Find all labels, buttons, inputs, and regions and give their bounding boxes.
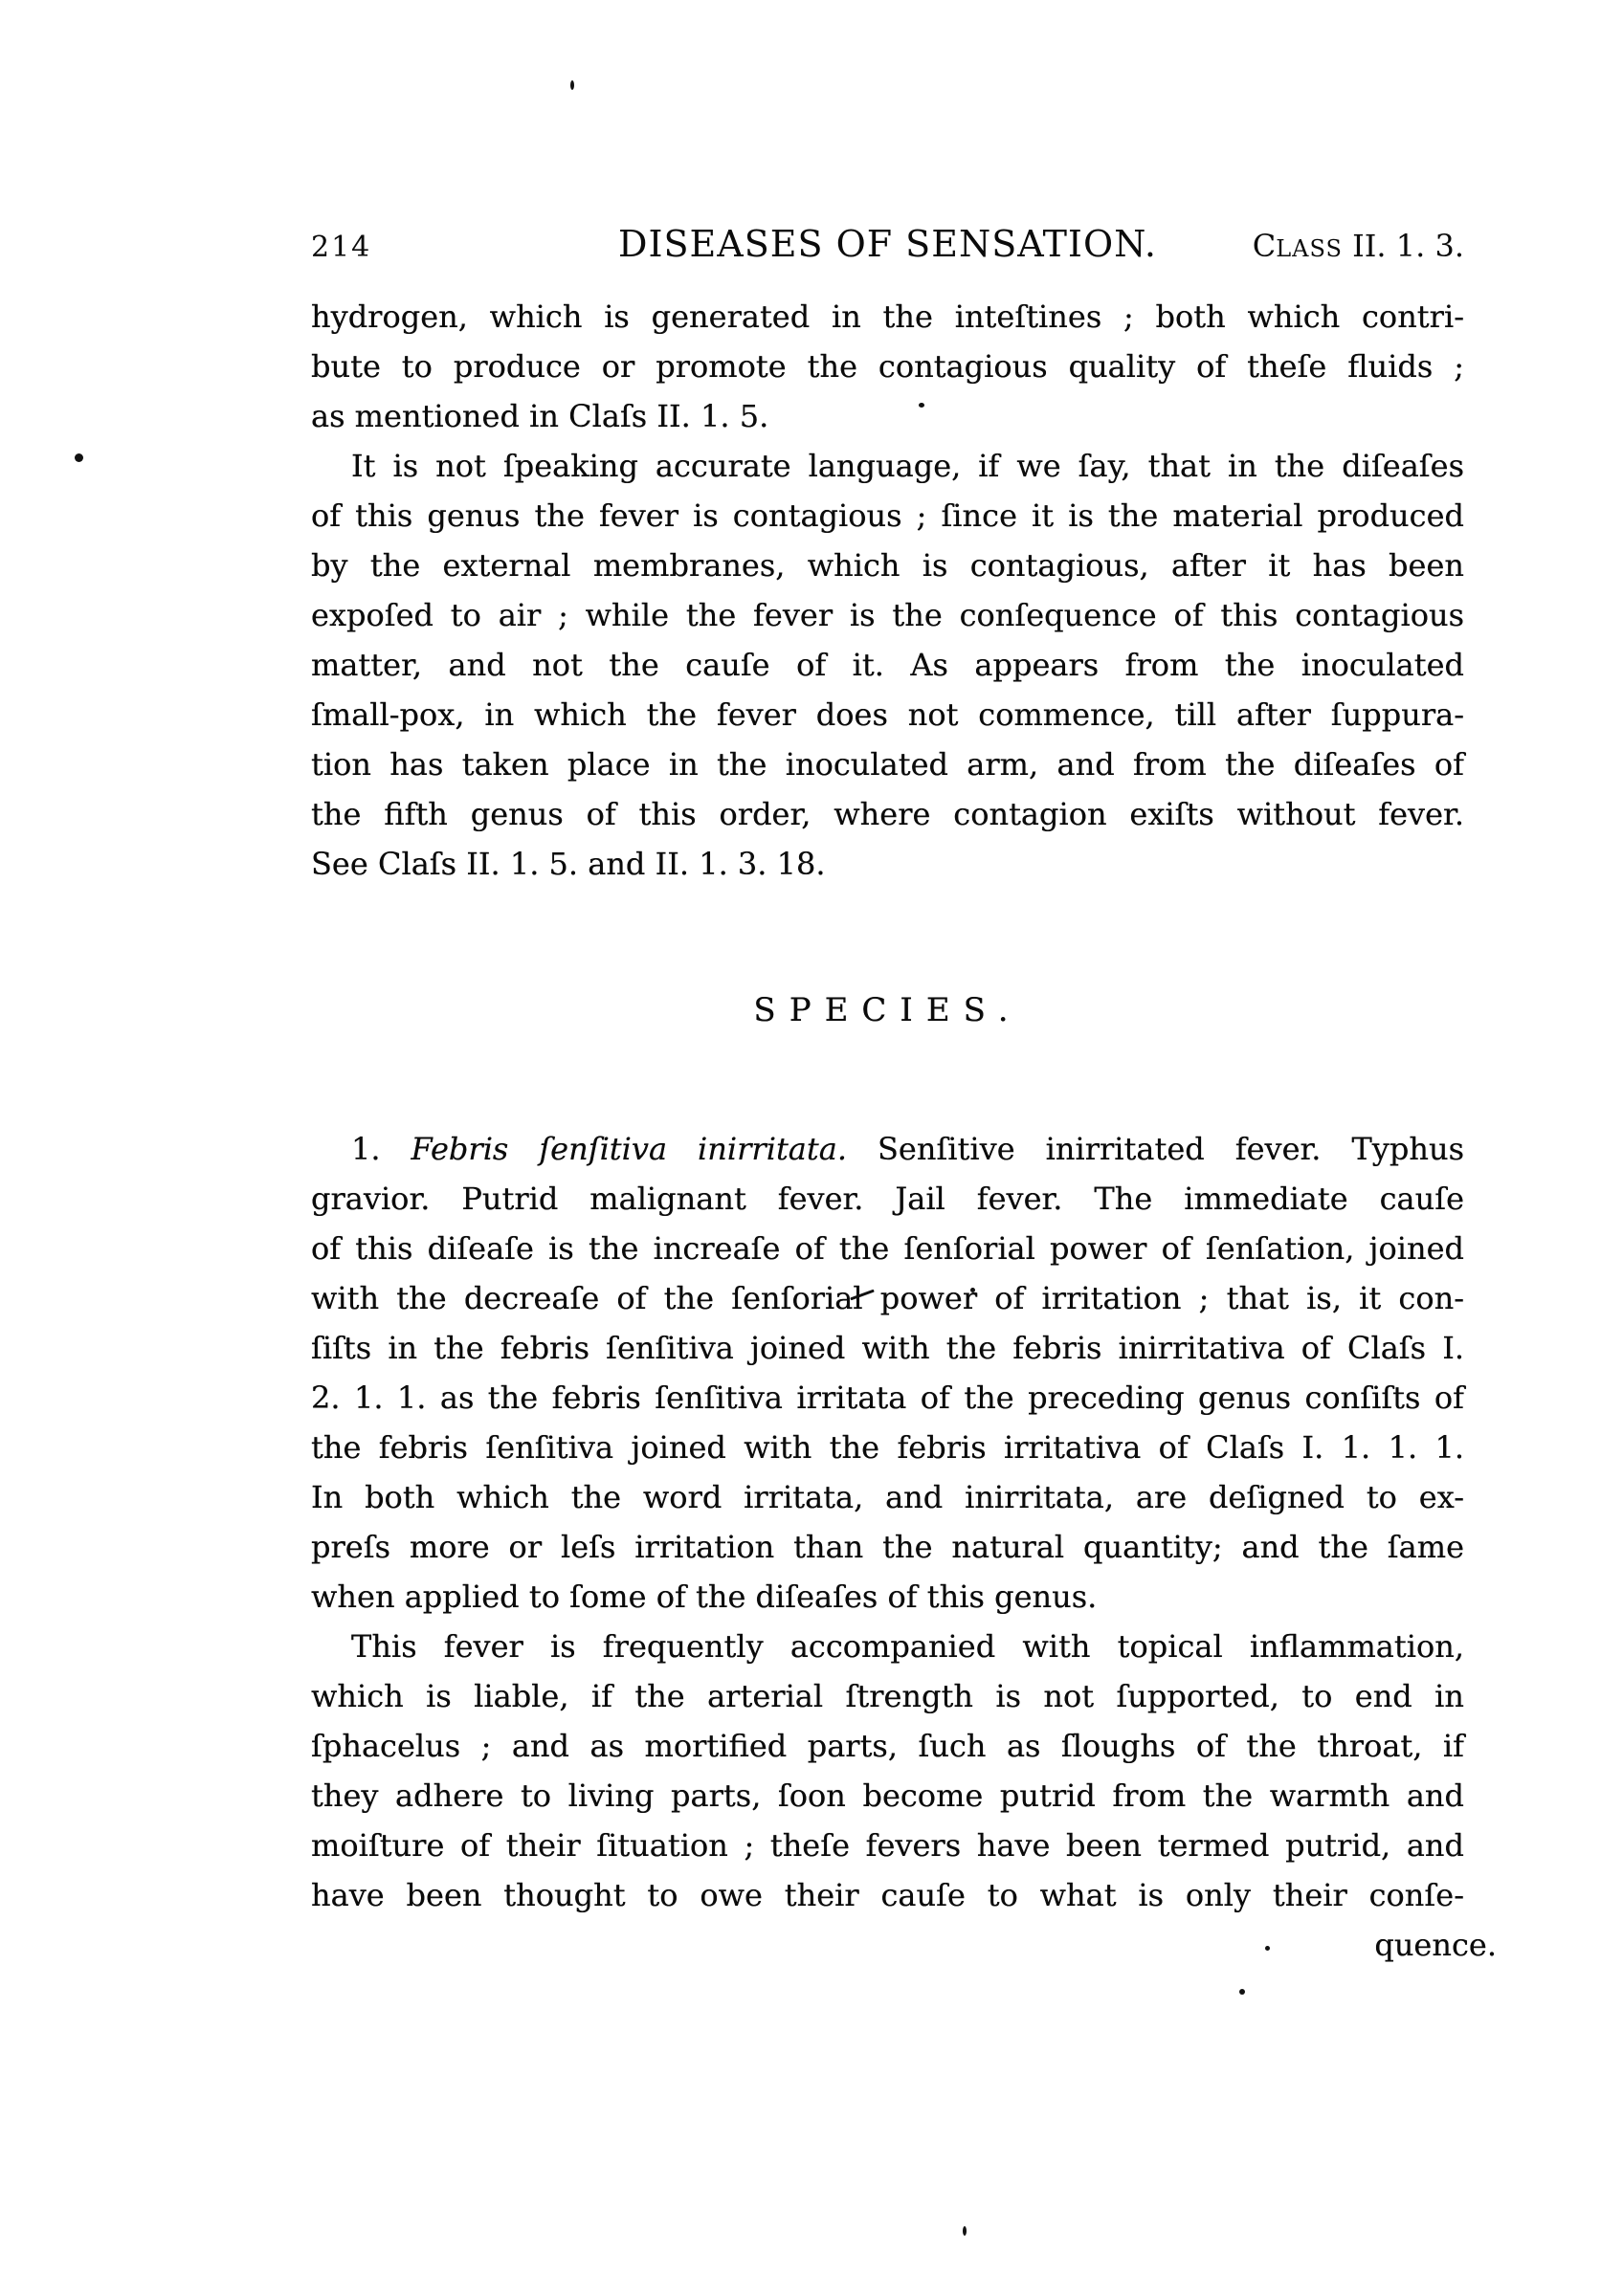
text-line: expoſed to air ; while the fever is the … xyxy=(311,590,1464,640)
text-segment: by the external membranes, which is cont… xyxy=(311,547,1464,584)
text-line: It is not ſpeaking accurate language, if… xyxy=(311,441,1464,491)
text-line: tion has taken place in the inoculated a… xyxy=(311,740,1464,789)
scan-speck xyxy=(970,1288,975,1292)
text-segment: 1. xyxy=(351,1131,411,1167)
scan-speck xyxy=(963,2226,967,2236)
text-segment: ſmall-pox, in which the fever does not c… xyxy=(311,696,1464,733)
scan-speck xyxy=(1265,1946,1270,1951)
text-segment: This fever is frequently accompanied wit… xyxy=(351,1628,1464,1665)
class-label-initial: C xyxy=(1253,228,1276,264)
class-label-rest: II. 1. 3. xyxy=(1343,228,1464,264)
text-line: ſiſts in the febris ſenſitiva joined wit… xyxy=(311,1323,1464,1373)
text-line: 1. Febris ſenſitiva inirritata. Senſitiv… xyxy=(311,1124,1464,1174)
text-segment: moiſture of their ſituation ; theſe feve… xyxy=(311,1827,1464,1864)
text-segment: the febris ſenſitiva joined with the feb… xyxy=(311,1429,1464,1466)
text-segment: ſphacelus ; and as mortified parts, ſuch… xyxy=(311,1728,1464,1764)
text-segment: of this diſeaſe is the increaſe of the ſ… xyxy=(311,1230,1464,1267)
text-line: matter, and not the cauſe of it. As appe… xyxy=(311,640,1464,690)
paragraph: 1. Febris ſenſitiva inirritata. Senſitiv… xyxy=(311,1124,1464,1622)
text-segment: which is liable, if the arterial ſtrengt… xyxy=(311,1678,1464,1714)
text-segment: Senſitive inirritated fever. Typhus xyxy=(847,1131,1464,1167)
book-page: 214 DISEASES OF SENSATION. CLASS II. 1. … xyxy=(0,0,1623,2296)
text-line: This fever is frequently accompanied wit… xyxy=(311,1622,1464,1671)
text-segment: they adhere to living parts, ſoon become… xyxy=(311,1777,1464,1814)
text-segment: the fifth genus of this order, where con… xyxy=(311,796,1464,832)
text-segment: gravior. Putrid malignant fever. Jail fe… xyxy=(311,1181,1464,1217)
text-line: the febris ſenſitiva joined with the feb… xyxy=(311,1423,1464,1472)
scan-speck xyxy=(919,403,924,408)
text-line: hydrogen, which is generated in the inte… xyxy=(311,292,1464,342)
italic-text: Febris ſenſitiva inirritata. xyxy=(411,1131,847,1167)
text-line: In both which the word irritata, and ini… xyxy=(311,1472,1464,1522)
text-line: which is liable, if the arterial ſtrengt… xyxy=(311,1671,1464,1721)
text-line: 2. 1. 1. as the febris ſenſitiva irritat… xyxy=(311,1373,1464,1423)
class-label-smallcaps: LASS xyxy=(1276,235,1343,262)
text-line: by the external membranes, which is cont… xyxy=(311,541,1464,590)
scan-speck xyxy=(1239,1989,1245,1995)
catchword: quence. xyxy=(311,1920,1497,1970)
text-segment: when applied to ſome of the diſeaſes of … xyxy=(311,1578,1097,1615)
text-segment: 2. 1. 1. as the febris ſenſitiva irritat… xyxy=(311,1380,1464,1416)
running-title: DISEASES OF SENSATION. xyxy=(618,222,1157,266)
paragraph: hydrogen, which is generated in the inte… xyxy=(311,292,1464,441)
text-line: have been thought to owe their cauſe to … xyxy=(311,1870,1464,1920)
class-label: CLASS II. 1. 3. xyxy=(1157,224,1464,271)
text-segment: ſiſts in the febris ſenſitiva joined wit… xyxy=(311,1330,1464,1366)
scan-speck xyxy=(75,453,83,462)
text-line: ſphacelus ; and as mortified parts, ſuch… xyxy=(311,1721,1464,1771)
text-block: hydrogen, which is generated in the inte… xyxy=(311,292,1464,1970)
text-segment: tion has taken place in the inoculated a… xyxy=(311,746,1464,783)
text-segment: preſs more or leſs irritation than the n… xyxy=(311,1529,1464,1565)
page-header: 214 DISEASES OF SENSATION. CLASS II. 1. … xyxy=(311,222,1464,271)
text-segment: In both which the word irritata, and ini… xyxy=(311,1479,1464,1515)
text-line: they adhere to living parts, ſoon become… xyxy=(311,1771,1464,1821)
text-segment: matter, and not the cauſe of it. As appe… xyxy=(311,647,1464,683)
text-segment: as mentioned in Claſs II. 1. 5. xyxy=(311,398,768,434)
text-line: the fifth genus of this order, where con… xyxy=(311,789,1464,839)
text-line: of this genus the fever is contagious ; … xyxy=(311,491,1464,541)
text-line: ſmall-pox, in which the fever does not c… xyxy=(311,690,1464,740)
text-line: See Claſs II. 1. 5. and II. 1. 3. 18. xyxy=(311,839,1464,889)
text-segment: bute to produce or promote the contagiou… xyxy=(311,348,1464,385)
text-segment: See Claſs II. 1. 5. and II. 1. 3. 18. xyxy=(311,846,826,882)
scan-speck xyxy=(570,80,574,90)
text-segment: hydrogen, which is generated in the inte… xyxy=(311,298,1464,335)
text-line: moiſture of their ſituation ; theſe feve… xyxy=(311,1821,1464,1870)
text-segment: with the decreaſe of the ſenſorial power… xyxy=(311,1280,1464,1316)
text-line: gravior. Putrid malignant fever. Jail fe… xyxy=(311,1174,1464,1224)
text-segment: have been thought to owe their cauſe to … xyxy=(311,1877,1464,1913)
page-number: 214 xyxy=(311,226,618,270)
text-segment: It is not ſpeaking accurate language, if… xyxy=(351,448,1464,484)
text-line: when applied to ſome of the diſeaſes of … xyxy=(311,1572,1464,1622)
text-segment: of this genus the fever is contagious ; … xyxy=(311,497,1464,534)
text-line: preſs more or leſs irritation than the n… xyxy=(311,1522,1464,1572)
text-segment: expoſed to air ; while the fever is the … xyxy=(311,597,1464,633)
paragraph: It is not ſpeaking accurate language, if… xyxy=(311,441,1464,889)
paragraph: This fever is frequently accompanied wit… xyxy=(311,1622,1464,1920)
text-line: of this diſeaſe is the increaſe of the ſ… xyxy=(311,1224,1464,1273)
species-heading: SPECIES. xyxy=(311,988,1464,1032)
text-line: with the decreaſe of the ſenſorial power… xyxy=(311,1273,1464,1323)
text-line: as mentioned in Claſs II. 1. 5. xyxy=(311,391,1464,441)
text-line: bute to produce or promote the contagiou… xyxy=(311,342,1464,391)
